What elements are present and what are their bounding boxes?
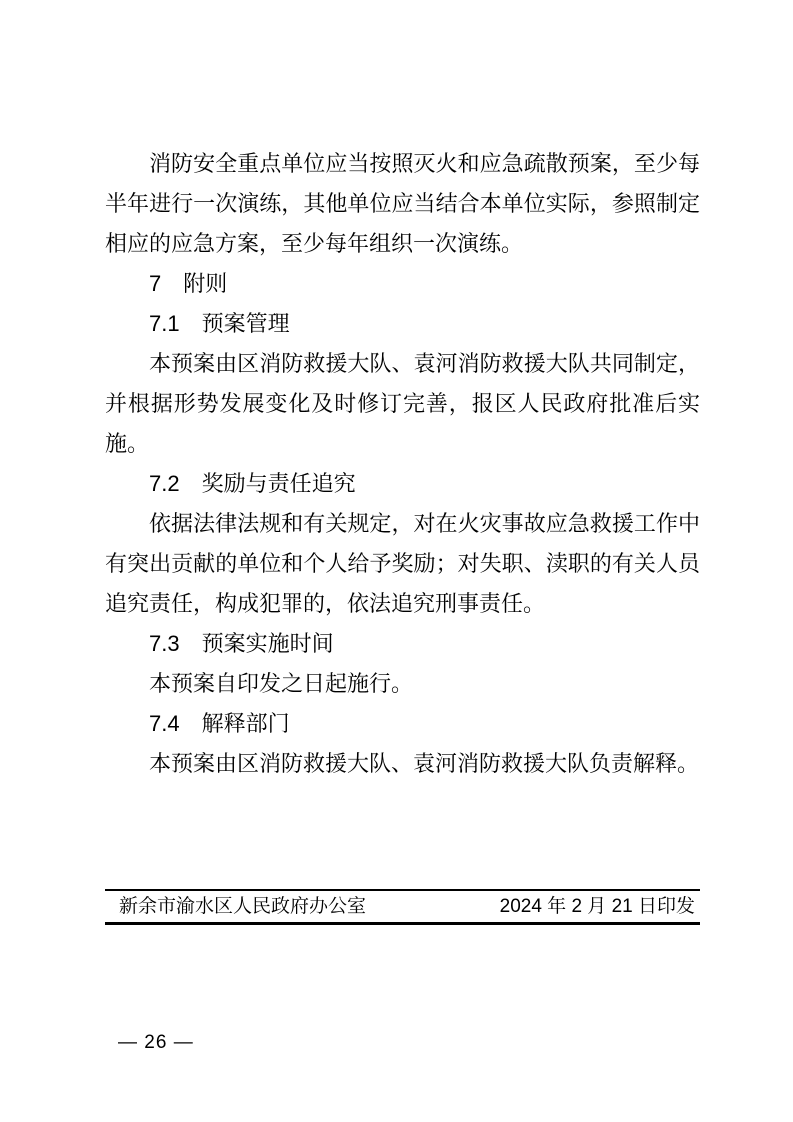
document-page: 消防安全重点单位应当按照灭火和应急疏散预案，至少每半年进行一次演练，其他单位应当… (0, 0, 793, 1122)
body-paragraph: 本预案自印发之日起施行。 (105, 664, 700, 704)
section-heading-7-2: 7.2 奖励与责任追究 (105, 464, 700, 504)
footer-rule-bottom (105, 922, 700, 925)
body-paragraph: 本预案由区消防救援大队、袁河消防救援大队共同制定，并根据形势发展变化及时修订完善… (105, 344, 700, 464)
body-paragraph: 本预案由区消防救援大队、袁河消防救援大队负责解释。 (105, 744, 700, 784)
section-heading-7-1: 7.1 预案管理 (105, 304, 700, 344)
section-heading-7-4: 7.4 解释部门 (105, 704, 700, 744)
footer-row: 新余市渝水区人民政府办公室 2024 年 2 月 21 日印发 (105, 891, 700, 922)
print-date: 2024 年 2 月 21 日印发 (500, 891, 695, 922)
body-paragraph: 依据法律法规和有关规定，对在火灾事故应急救援工作中有突出贡献的单位和个人给予奖励… (105, 504, 700, 624)
page-number: — 26 — (118, 1032, 194, 1054)
section-heading-7: 7 附则 (105, 264, 700, 304)
document-footer: 新余市渝水区人民政府办公室 2024 年 2 月 21 日印发 (105, 889, 700, 925)
section-heading-7-3: 7.3 预案实施时间 (105, 624, 700, 664)
document-body: 消防安全重点单位应当按照灭火和应急疏散预案，至少每半年进行一次演练，其他单位应当… (105, 144, 700, 784)
body-paragraph: 消防安全重点单位应当按照灭火和应急疏散预案，至少每半年进行一次演练，其他单位应当… (105, 144, 700, 264)
issuing-office: 新余市渝水区人民政府办公室 (119, 891, 366, 922)
